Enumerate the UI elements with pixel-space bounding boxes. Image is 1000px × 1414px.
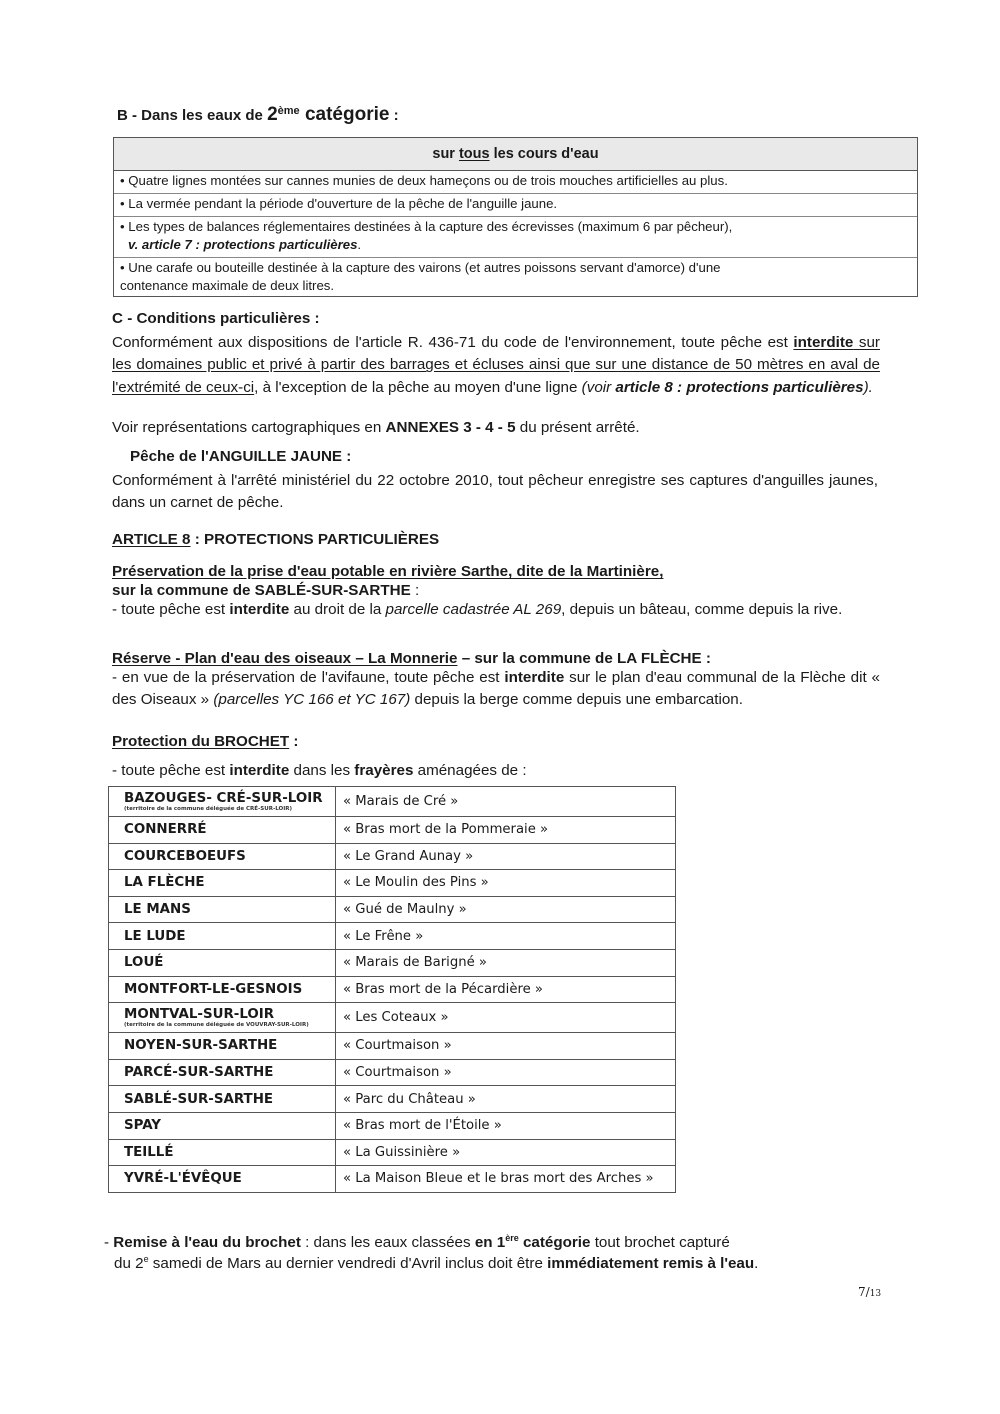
frayere-site-name: « La Maison Bleue et le bras mort des Ar…	[343, 1171, 654, 1186]
frayere-row: BAZOUGES- CRÉ-SUR-LOIR(territoire de la …	[109, 787, 676, 817]
brochet-intro-a: - toute pêche est	[112, 762, 229, 779]
frayere-site: « Le Frêne »	[336, 923, 676, 950]
remise-line-2: du 2e samedi de Mars au dernier vendredi…	[114, 1248, 914, 1275]
frayere-row: LE LUDE« Le Frêne »	[109, 923, 676, 950]
frayere-site-name: « La Guissinière »	[343, 1145, 460, 1160]
frayere-site: « Bras mort de la Pommeraie »	[336, 817, 676, 844]
frayere-site-name: « Marais de Cré »	[343, 794, 458, 809]
frayere-commune: LA FLÈCHE	[109, 870, 336, 897]
section-b-item-text: • Quatre lignes montées sur cannes munie…	[120, 173, 728, 188]
frayere-commune-name: NOYEN-SUR-SARTHE	[124, 1038, 277, 1053]
section-b-item-ref: v. article 7 : protections particulières	[120, 237, 357, 252]
frayere-site: « Bras mort de l'Étoile »	[336, 1112, 676, 1139]
frayere-row: LOUÉ« Marais de Barigné »	[109, 949, 676, 976]
frayere-row: SPAY« Bras mort de l'Étoile »	[109, 1112, 676, 1139]
frayere-commune-name: LA FLÈCHE	[124, 875, 205, 890]
frayere-commune-note: (territoire de la commune déléguée de CR…	[124, 806, 335, 812]
frayere-site-name: « Le Frêne »	[343, 929, 423, 944]
remise-categorie-sup: ère	[505, 1233, 519, 1243]
section-b-title-sup: ème	[278, 105, 300, 117]
remise-line2-bold: immédiatement remis à l'eau	[547, 1255, 754, 1272]
frayere-commune: MONTVAL-SUR-LOIR(territoire de la commun…	[109, 1003, 336, 1033]
frayere-site: « La Maison Bleue et le bras mort des Ar…	[336, 1166, 676, 1193]
frayere-commune: LOUÉ	[109, 949, 336, 976]
frayere-site: « Le Grand Aunay »	[336, 843, 676, 870]
section-c-p1-article-ref: article 8 : protections particulières	[615, 379, 863, 396]
page-number: 7/13	[858, 1285, 881, 1299]
reserve-text-a: - en vue de la préservation de l'avifaun…	[112, 669, 504, 686]
section-b-item-text: • Les types de balances réglementaires d…	[120, 219, 732, 234]
frayere-commune: NOYEN-SUR-SARTHE	[109, 1033, 336, 1060]
frayere-row: NOYEN-SUR-SARTHE« Courtmaison »	[109, 1033, 676, 1060]
frayere-commune: PARCÉ-SUR-SARTHE	[109, 1059, 336, 1086]
frayere-site: « Courtmaison »	[336, 1059, 676, 1086]
reserve-title-rest: – sur la commune de LA FLÈCHE :	[457, 650, 710, 667]
frayere-site-name: « Marais de Barigné »	[343, 955, 487, 970]
frayere-row: LE MANS« Gué de Maulny »	[109, 896, 676, 923]
section-b-item: • Les types de balances réglementaires d…	[114, 217, 917, 258]
section-b-title-suffix: catégorie	[300, 104, 390, 125]
frayere-row: LA FLÈCHE« Le Moulin des Pins »	[109, 870, 676, 897]
martiniere-interdite: interdite	[229, 601, 289, 618]
frayere-site: « Bras mort de la Pécardière »	[336, 976, 676, 1003]
frayere-commune-name: TEILLÉ	[124, 1145, 173, 1160]
anguille-text: Conformément à l'arrêté ministériel du 2…	[112, 470, 878, 515]
section-b-item: • Une carafe ou bouteille destinée à la …	[114, 258, 917, 298]
frayere-site-name: « Bras mort de la Pommeraie »	[343, 822, 548, 837]
section-c-p1-italic: (voir	[582, 379, 616, 396]
frayere-site-name: « Le Moulin des Pins »	[343, 875, 489, 890]
frayere-commune: MONTFORT-LE-GESNOIS	[109, 976, 336, 1003]
frayere-commune-name: LE MANS	[124, 902, 191, 917]
section-b-title: B - Dans les eaux de 2ème catégorie :	[117, 104, 399, 126]
frayere-commune-name: PARCÉ-SUR-SARTHE	[124, 1065, 273, 1080]
frayere-site: « Marais de Cré »	[336, 787, 676, 817]
brochet-title: Protection du BROCHET :	[112, 731, 880, 753]
reserve-interdite: interdite	[504, 669, 564, 686]
frayeres-table: BAZOUGES- CRÉ-SUR-LOIR(territoire de la …	[108, 786, 676, 1193]
box-header-pre: sur	[432, 146, 459, 162]
section-c-paragraph-2: Voir représentations cartographiques en …	[112, 417, 880, 439]
frayere-commune: SPAY	[109, 1112, 336, 1139]
section-b-box: sur tous les cours d'eau • Quatre lignes…	[113, 137, 918, 297]
brochet-intro-c: aménagées de :	[413, 762, 526, 779]
frayere-commune-name: SPAY	[124, 1118, 161, 1133]
martiniere-parcelle: parcelle cadastrée AL 269	[386, 601, 562, 618]
martiniere-text-a: - toute pêche est	[112, 601, 229, 618]
frayere-row: SABLÉ-SUR-SARTHE« Parc du Château »	[109, 1086, 676, 1113]
section-b-title-number: 2	[267, 104, 278, 125]
box-header-post: les cours d'eau	[490, 146, 599, 162]
frayere-commune: BAZOUGES- CRÉ-SUR-LOIR(territoire de la …	[109, 787, 336, 817]
box-header-underlined: tous	[459, 146, 490, 162]
frayere-site: « Gué de Maulny »	[336, 896, 676, 923]
section-b-item: • La vermée pendant la période d'ouvertu…	[114, 194, 917, 217]
frayere-site: « Marais de Barigné »	[336, 949, 676, 976]
section-b-item-text: • Une carafe ou bouteille destinée à la …	[120, 260, 721, 293]
frayere-commune: YVRÉ-L'ÉVÊQUE	[109, 1166, 336, 1193]
section-c-p1-interdite: interdite	[793, 334, 853, 351]
article-8-title-number: ARTICLE 8	[112, 531, 190, 548]
frayere-commune-name: LOUÉ	[124, 955, 163, 970]
frayere-site-name: « Le Grand Aunay »	[343, 849, 473, 864]
frayere-row: CONNERRÉ« Bras mort de la Pommeraie »	[109, 817, 676, 844]
frayere-commune-name: BAZOUGES- CRÉ-SUR-LOIR	[124, 791, 323, 806]
section-b-box-header: sur tous les cours d'eau	[114, 138, 917, 171]
section-c-p2-a: Voir représentations cartographiques en	[112, 419, 386, 436]
frayere-commune: LE MANS	[109, 896, 336, 923]
section-c-p2-annexes: ANNEXES 3 - 4 - 5	[386, 419, 516, 436]
section-c-p2-b: du présent arrêté.	[516, 419, 640, 436]
frayere-row: COURCEBOEUFS« Le Grand Aunay »	[109, 843, 676, 870]
frayere-commune-name: LE LUDE	[124, 929, 186, 944]
frayere-row: MONTFORT-LE-GESNOIS« Bras mort de la Péc…	[109, 976, 676, 1003]
martiniere-text-b: au droit de la	[289, 601, 385, 618]
martiniere-text: - toute pêche est interdite au droit de …	[112, 599, 880, 621]
frayere-site-name: « Courtmaison »	[343, 1038, 452, 1053]
section-c-p1-end: ).	[864, 379, 873, 396]
frayere-commune-name: MONTFORT-LE-GESNOIS	[124, 982, 302, 997]
page-total: 13	[870, 1289, 881, 1299]
reserve-text: - en vue de la préservation de l'avifaun…	[112, 667, 880, 712]
frayere-row: MONTVAL-SUR-LOIR(territoire de la commun…	[109, 1003, 676, 1033]
section-b-item: • Quatre lignes montées sur cannes munie…	[114, 171, 917, 194]
frayere-site-name: « Bras mort de la Pécardière »	[343, 982, 543, 997]
frayere-row: TEILLÉ« La Guissinière »	[109, 1139, 676, 1166]
frayere-commune: LE LUDE	[109, 923, 336, 950]
frayere-site: « Les Coteaux »	[336, 1003, 676, 1033]
section-c-p1-a: Conformément aux dispositions de l'artic…	[112, 334, 793, 351]
brochet-title-underlined: Protection du BROCHET	[112, 733, 289, 750]
frayere-commune: COURCEBOEUFS	[109, 843, 336, 870]
remise-line2-a: du 2	[114, 1255, 144, 1272]
brochet-intro: - toute pêche est interdite dans les fra…	[112, 760, 880, 782]
martiniere-text-c: , depuis un bâteau, comme depuis la rive…	[561, 601, 842, 618]
section-c-paragraph-1: Conformément aux dispositions de l'artic…	[112, 332, 880, 399]
frayere-site-name: « Les Coteaux »	[343, 1010, 449, 1025]
section-c-title: C - Conditions particulières :	[112, 308, 880, 330]
frayere-commune-name: COURCEBOEUFS	[124, 849, 246, 864]
brochet-interdite: interdite	[229, 762, 289, 779]
frayere-commune-name: MONTVAL-SUR-LOIR	[124, 1007, 274, 1022]
reserve-text-c: depuis la berge comme depuis une embarca…	[410, 691, 743, 708]
frayere-commune-name: CONNERRÉ	[124, 822, 207, 837]
frayere-commune: CONNERRÉ	[109, 817, 336, 844]
frayere-commune: SABLÉ-SUR-SARTHE	[109, 1086, 336, 1113]
frayere-site: « Le Moulin des Pins »	[336, 870, 676, 897]
frayere-site-name: « Bras mort de l'Étoile »	[343, 1118, 502, 1133]
remise-line2-end: .	[754, 1255, 758, 1272]
reserve-parcelles: (parcelles YC 166 et YC 167)	[213, 691, 410, 708]
section-b-item-ref-end: .	[357, 237, 361, 252]
section-b-title-prefix: B - Dans les eaux de	[117, 107, 267, 124]
article-8-title-rest: : PROTECTIONS PARTICULIÈRES	[190, 531, 439, 548]
frayere-site: « Courtmaison »	[336, 1033, 676, 1060]
remise-line2-b: samedi de Mars au dernier vendredi d'Avr…	[149, 1255, 548, 1272]
frayere-row: PARCÉ-SUR-SARTHE« Courtmaison »	[109, 1059, 676, 1086]
frayere-site: « Parc du Château »	[336, 1086, 676, 1113]
frayere-commune-name: SABLÉ-SUR-SARTHE	[124, 1092, 273, 1107]
martiniere-commune: SABLÉ-SUR-SARTHE	[255, 582, 411, 599]
section-c-p1-b: , à l'exception de la pêche au moyen d'u…	[254, 379, 582, 396]
brochet-intro-b: dans les	[289, 762, 354, 779]
page-current: 7/	[858, 1285, 870, 1299]
frayere-site: « La Guissinière »	[336, 1139, 676, 1166]
frayere-site-name: « Courtmaison »	[343, 1065, 452, 1080]
frayere-commune-name: YVRÉ-L'ÉVÊQUE	[124, 1171, 242, 1186]
reserve-title-underlined: Réserve - Plan d'eau des oiseaux – La Mo…	[112, 650, 457, 667]
frayere-commune: TEILLÉ	[109, 1139, 336, 1166]
brochet-title-rest: :	[289, 733, 298, 750]
frayere-row: YVRÉ-L'ÉVÊQUE« La Maison Bleue et le bra…	[109, 1166, 676, 1193]
remise-dash: -	[104, 1234, 113, 1251]
frayere-commune-note: (territoire de la commune déléguée de VO…	[124, 1022, 335, 1028]
frayere-site-name: « Gué de Maulny »	[343, 902, 467, 917]
brochet-frayeres: frayères	[354, 762, 413, 779]
section-b-title-colon: :	[389, 107, 398, 124]
anguille-title: Pêche de l'ANGUILLE JAUNE :	[130, 446, 898, 468]
martiniere-subtitle-a: sur la commune de	[112, 582, 255, 599]
article-8-title: ARTICLE 8 : PROTECTIONS PARTICULIÈRES	[112, 529, 880, 551]
frayere-site-name: « Parc du Château »	[343, 1092, 476, 1107]
section-b-item-text: • La vermée pendant la période d'ouvertu…	[120, 196, 557, 211]
martiniere-subtitle-b: :	[411, 582, 419, 599]
